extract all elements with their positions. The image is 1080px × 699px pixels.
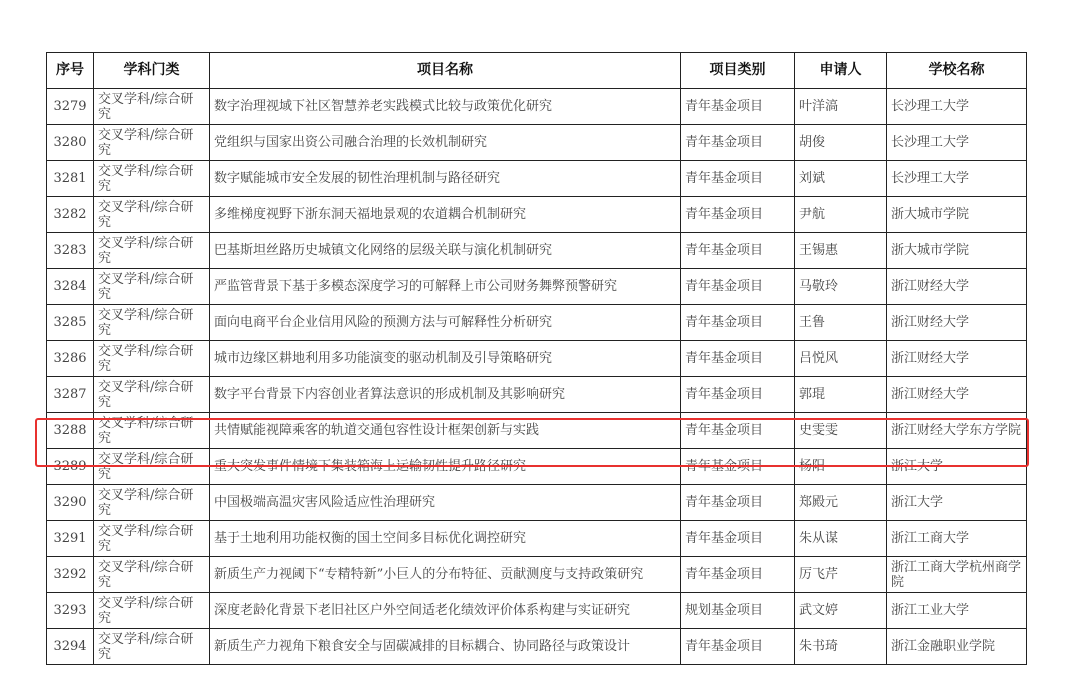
cell-applicant: 史雯雯 <box>795 413 887 449</box>
cell-project-category: 青年基金项目 <box>681 341 795 377</box>
header-project-name: 项目名称 <box>210 53 681 89</box>
cell-project-category: 青年基金项目 <box>681 413 795 449</box>
table-row: 3281交叉学科/综合研究数字赋能城市安全发展的韧性治理机制与路径研究青年基金项… <box>47 161 1027 197</box>
cell-serial-no: 3293 <box>47 593 94 629</box>
table-row: 3282交叉学科/综合研究多维梯度视野下浙东洞天福地景观的农道耦合机制研究青年基… <box>47 197 1027 233</box>
cell-discipline: 交叉学科/综合研究 <box>94 341 210 377</box>
cell-school-name: 长沙理工大学 <box>887 125 1027 161</box>
cell-serial-no: 3291 <box>47 521 94 557</box>
header-discipline: 学科门类 <box>94 53 210 89</box>
cell-project-name: 多维梯度视野下浙东洞天福地景观的农道耦合机制研究 <box>210 197 681 233</box>
table-row: 3280交叉学科/综合研究党组织与国家出资公司融合治理的长效机制研究青年基金项目… <box>47 125 1027 161</box>
cell-serial-no: 3282 <box>47 197 94 233</box>
cell-project-name: 新质生产力视角下粮食安全与固碳减排的目标耦合、协同路径与政策设计 <box>210 629 681 665</box>
cell-applicant: 杨阳 <box>795 449 887 485</box>
cell-serial-no: 3290 <box>47 485 94 521</box>
cell-school-name: 浙江财经大学东方学院 <box>887 413 1027 449</box>
cell-school-name: 浙江金融职业学院 <box>887 629 1027 665</box>
cell-serial-no: 3288 <box>47 413 94 449</box>
table-row: 3284交叉学科/综合研究严监管背景下基于多模态深度学习的可解释上市公司财务舞弊… <box>47 269 1027 305</box>
cell-discipline: 交叉学科/综合研究 <box>94 89 210 125</box>
table-row: 3292交叉学科/综合研究新质生产力视阈下“专精特新”小巨人的分布特征、贡献测度… <box>47 557 1027 593</box>
cell-school-name: 浙江工商大学 <box>887 521 1027 557</box>
cell-discipline: 交叉学科/综合研究 <box>94 305 210 341</box>
cell-serial-no: 3292 <box>47 557 94 593</box>
cell-discipline: 交叉学科/综合研究 <box>94 269 210 305</box>
cell-applicant: 武文婷 <box>795 593 887 629</box>
cell-project-name: 党组织与国家出资公司融合治理的长效机制研究 <box>210 125 681 161</box>
table-row: 3288交叉学科/综合研究共情赋能视障乘客的轨道交通包容性设计框架创新与实践青年… <box>47 413 1027 449</box>
cell-serial-no: 3287 <box>47 377 94 413</box>
cell-school-name: 浙江工业大学 <box>887 593 1027 629</box>
cell-project-name: 重大突发事件情境下集装箱海上运输韧性提升路径研究 <box>210 449 681 485</box>
cell-project-name: 数字平台背景下内容创业者算法意识的形成机制及其影响研究 <box>210 377 681 413</box>
cell-school-name: 浙江工商大学杭州商学院 <box>887 557 1027 593</box>
cell-project-category: 青年基金项目 <box>681 521 795 557</box>
cell-serial-no: 3285 <box>47 305 94 341</box>
cell-project-category: 青年基金项目 <box>681 161 795 197</box>
cell-school-name: 浙江财经大学 <box>887 305 1027 341</box>
cell-serial-no: 3279 <box>47 89 94 125</box>
cell-project-category: 青年基金项目 <box>681 305 795 341</box>
cell-discipline: 交叉学科/综合研究 <box>94 521 210 557</box>
cell-serial-no: 3294 <box>47 629 94 665</box>
cell-applicant: 郭琨 <box>795 377 887 413</box>
table-row: 3291交叉学科/综合研究基于土地利用功能权衡的国土空间多目标优化调控研究青年基… <box>47 521 1027 557</box>
cell-discipline: 交叉学科/综合研究 <box>94 629 210 665</box>
cell-project-name: 面向电商平台企业信用风险的预测方法与可解释性分析研究 <box>210 305 681 341</box>
cell-project-category: 青年基金项目 <box>681 89 795 125</box>
cell-applicant: 叶洋滈 <box>795 89 887 125</box>
table-row: 3294交叉学科/综合研究新质生产力视角下粮食安全与固碳减排的目标耦合、协同路径… <box>47 629 1027 665</box>
cell-project-name: 新质生产力视阈下“专精特新”小巨人的分布特征、贡献测度与支持政策研究 <box>210 557 681 593</box>
table-row: 3279交叉学科/综合研究数字治理视域下社区智慧养老实践模式比较与政策优化研究青… <box>47 89 1027 125</box>
cell-school-name: 长沙理工大学 <box>887 161 1027 197</box>
cell-discipline: 交叉学科/综合研究 <box>94 485 210 521</box>
cell-project-name: 数字赋能城市安全发展的韧性治理机制与路径研究 <box>210 161 681 197</box>
cell-project-name: 中国极端高温灾害风险适应性治理研究 <box>210 485 681 521</box>
cell-applicant: 厉飞芹 <box>795 557 887 593</box>
table-row: 3283交叉学科/综合研究巴基斯坦丝路历史城镇文化网络的层级关联与演化机制研究青… <box>47 233 1027 269</box>
cell-applicant: 朱书琦 <box>795 629 887 665</box>
cell-discipline: 交叉学科/综合研究 <box>94 557 210 593</box>
cell-project-name: 严监管背景下基于多模态深度学习的可解释上市公司财务舞弊预警研究 <box>210 269 681 305</box>
cell-applicant: 王锡惠 <box>795 233 887 269</box>
table-row: 3287交叉学科/综合研究数字平台背景下内容创业者算法意识的形成机制及其影响研究… <box>47 377 1027 413</box>
cell-discipline: 交叉学科/综合研究 <box>94 413 210 449</box>
header-project-category: 项目类别 <box>681 53 795 89</box>
table-row: 3286交叉学科/综合研究城市边缘区耕地利用多功能演变的驱动机制及引导策略研究青… <box>47 341 1027 377</box>
table-row: 3293交叉学科/综合研究深度老龄化背景下老旧社区户外空间适老化绩效评价体系构建… <box>47 593 1027 629</box>
cell-serial-no: 3280 <box>47 125 94 161</box>
cell-discipline: 交叉学科/综合研究 <box>94 161 210 197</box>
cell-project-category: 青年基金项目 <box>681 269 795 305</box>
cell-project-category: 规划基金项目 <box>681 593 795 629</box>
table-row: 3285交叉学科/综合研究面向电商平台企业信用风险的预测方法与可解释性分析研究青… <box>47 305 1027 341</box>
project-list-table: 序号 学科门类 项目名称 项目类别 申请人 学校名称 3279交叉学科/综合研究… <box>46 52 1027 665</box>
cell-project-name: 共情赋能视障乘客的轨道交通包容性设计框架创新与实践 <box>210 413 681 449</box>
header-serial-no: 序号 <box>47 53 94 89</box>
cell-serial-no: 3289 <box>47 449 94 485</box>
cell-applicant: 胡俊 <box>795 125 887 161</box>
cell-school-name: 长沙理工大学 <box>887 89 1027 125</box>
cell-school-name: 浙江财经大学 <box>887 377 1027 413</box>
cell-school-name: 浙江财经大学 <box>887 269 1027 305</box>
table-row: 3290交叉学科/综合研究中国极端高温灾害风险适应性治理研究青年基金项目郑殿元浙… <box>47 485 1027 521</box>
cell-applicant: 郑殿元 <box>795 485 887 521</box>
cell-discipline: 交叉学科/综合研究 <box>94 197 210 233</box>
cell-school-name: 浙大城市学院 <box>887 233 1027 269</box>
cell-discipline: 交叉学科/综合研究 <box>94 593 210 629</box>
cell-project-category: 青年基金项目 <box>681 557 795 593</box>
cell-applicant: 王鲁 <box>795 305 887 341</box>
table-header-row: 序号 学科门类 项目名称 项目类别 申请人 学校名称 <box>47 53 1027 89</box>
cell-serial-no: 3281 <box>47 161 94 197</box>
cell-project-name: 巴基斯坦丝路历史城镇文化网络的层级关联与演化机制研究 <box>210 233 681 269</box>
cell-project-name: 深度老龄化背景下老旧社区户外空间适老化绩效评价体系构建与实证研究 <box>210 593 681 629</box>
cell-serial-no: 3283 <box>47 233 94 269</box>
cell-project-category: 青年基金项目 <box>681 629 795 665</box>
cell-project-name: 基于土地利用功能权衡的国土空间多目标优化调控研究 <box>210 521 681 557</box>
cell-discipline: 交叉学科/综合研究 <box>94 233 210 269</box>
cell-project-category: 青年基金项目 <box>681 485 795 521</box>
cell-school-name: 浙大城市学院 <box>887 197 1027 233</box>
cell-discipline: 交叉学科/综合研究 <box>94 125 210 161</box>
cell-applicant: 吕悦风 <box>795 341 887 377</box>
cell-applicant: 尹航 <box>795 197 887 233</box>
cell-project-category: 青年基金项目 <box>681 125 795 161</box>
header-applicant: 申请人 <box>795 53 887 89</box>
cell-discipline: 交叉学科/综合研究 <box>94 377 210 413</box>
cell-serial-no: 3284 <box>47 269 94 305</box>
cell-school-name: 浙江财经大学 <box>887 341 1027 377</box>
cell-applicant: 刘斌 <box>795 161 887 197</box>
cell-school-name: 浙江大学 <box>887 485 1027 521</box>
cell-applicant: 马敬玲 <box>795 269 887 305</box>
cell-project-category: 青年基金项目 <box>681 197 795 233</box>
header-school-name: 学校名称 <box>887 53 1027 89</box>
cell-applicant: 朱从谋 <box>795 521 887 557</box>
cell-project-category: 青年基金项目 <box>681 377 795 413</box>
cell-project-name: 数字治理视域下社区智慧养老实践模式比较与政策优化研究 <box>210 89 681 125</box>
table-row: 3289交叉学科/综合研究重大突发事件情境下集装箱海上运输韧性提升路径研究青年基… <box>47 449 1027 485</box>
cell-project-name: 城市边缘区耕地利用多功能演变的驱动机制及引导策略研究 <box>210 341 681 377</box>
cell-discipline: 交叉学科/综合研究 <box>94 449 210 485</box>
cell-serial-no: 3286 <box>47 341 94 377</box>
cell-project-category: 青年基金项目 <box>681 449 795 485</box>
cell-school-name: 浙江大学 <box>887 449 1027 485</box>
cell-project-category: 青年基金项目 <box>681 233 795 269</box>
